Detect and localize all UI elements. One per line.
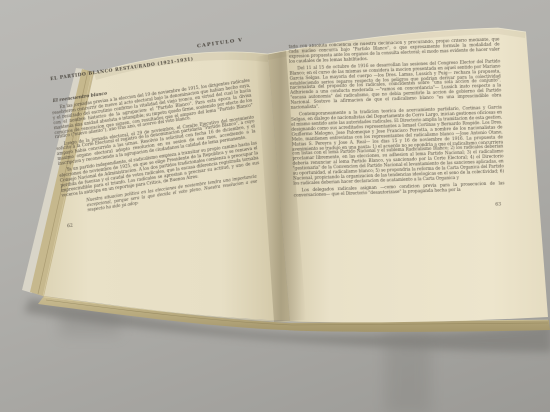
photo-of-open-book: CAPITULO V EL PARTIDO BLANCO RESTAURADO … bbox=[0, 0, 550, 412]
paragraph: Contemporaneamente a la tradicion teoric… bbox=[291, 107, 504, 188]
right-page-text: tada con absoluta conciencia de nuestra … bbox=[288, 38, 508, 307]
left-page-text: CAPITULO V EL PARTIDO BLANCO RESTAURADO … bbox=[47, 37, 274, 315]
page-number-right: 63 bbox=[294, 202, 501, 214]
paragraph: Del 11 al 15 de octubre de 1916 se desar… bbox=[289, 60, 501, 111]
